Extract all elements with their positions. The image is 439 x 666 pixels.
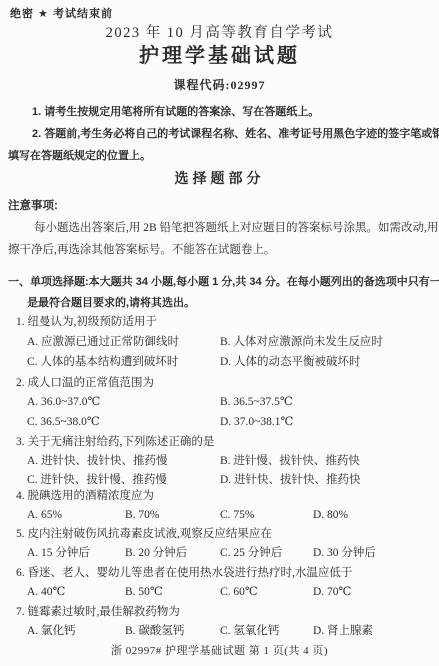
instruction-line-3: 填写在答题纸规定的位置上。	[8, 150, 151, 163]
paper-title: 护理学基础试题	[0, 45, 439, 68]
exam-title: 2023 年 10 月高等教育自学考试	[0, 25, 439, 42]
option: B. 70%	[125, 509, 160, 522]
option: C. 36.5~38.0℃	[27, 416, 100, 429]
option: B. 50℃	[125, 586, 163, 599]
option: C. 人体的基本结构遭到破坏时	[27, 356, 178, 369]
option: B. 36.5~37.5℃	[220, 396, 293, 409]
option: D. 肾上腺素	[313, 625, 373, 638]
option: A. 65%	[27, 509, 62, 522]
option: A. 应激源已通过正常防御线时	[27, 336, 179, 349]
question-1-stem: 1. 纽曼认为,初级预防适用于	[16, 316, 157, 329]
option: A. 40℃	[27, 586, 65, 599]
option: B. 人体对应激源尚未发生反应时	[220, 336, 383, 349]
option: D. 70℃	[313, 586, 351, 599]
question-4-options-row: A. 65% B. 70% C. 75% D. 80%	[0, 509, 439, 523]
part-heading-line-1: 一、单项选择题:本大题共 34 小题,每小题 1 分,共 34 分。在每小题列出…	[8, 276, 439, 289]
course-code: 课程代码:02997	[0, 79, 439, 93]
option: C. 75%	[220, 509, 255, 522]
exam-paper-page: 绝密 ★ 考试结束前 2023 年 10 月高等教育自学考试 护理学基础试题 课…	[0, 0, 439, 666]
note-line-1: 每小题选出答案后,用 2B 铅笔把答题纸上对应题目的答案标号涂黑。如需改动,用橡…	[34, 222, 439, 235]
option: D. 37.0~38.1℃	[220, 416, 293, 429]
question-1-options-row-1: A. 应激源已通过正常防御线时 B. 人体对应激源尚未发生反应时	[0, 336, 439, 350]
question-2-options-row-2: C. 36.5~38.0℃ D. 37.0~38.1℃	[0, 416, 439, 430]
question-3-options-row-1: A. 进针快、拔针快、推药慢 B. 进针慢、拔针快、推药快	[0, 455, 439, 469]
classification-banner: 绝密 ★ 考试结束前	[10, 8, 113, 21]
option: D. 进针快、拔针快、推药快	[220, 474, 361, 487]
instruction-line-1: 1. 请考生按规定用笔将所有试题的答案涂、写在答题纸上。	[32, 106, 319, 119]
option: C. 氢氧化钙	[220, 625, 279, 638]
option: A. 15 分钟后	[27, 547, 90, 560]
option: A. 36.0~37.0℃	[27, 396, 100, 409]
option: C. 进针快、拔针慢、推药慢	[27, 474, 167, 487]
question-6-stem: 6. 昏迷、老人、婴幼儿等患者在使用热水袋进行热疗时,水温应低于	[16, 567, 352, 580]
note-line-2: 擦干净后,再选涂其他答案标号。不能答在试题卷上。	[8, 244, 275, 257]
part-heading-line-2: 是最符合题目要求的,请将其选出。	[27, 297, 195, 310]
question-3-stem: 3. 关于无痛注射给药,下列陈述正确的是	[16, 436, 214, 449]
question-1-options-row-2: C. 人体的基本结构遭到破坏时 D. 人体的动态平衡被破坏时	[0, 356, 439, 370]
page-footer: 浙 02997# 护理学基础试题 第 1 页(共 4 页)	[0, 645, 439, 658]
question-5-options-row: A. 15 分钟后 B. 20 分钟后 C. 25 分钟后 D. 30 分钟后	[0, 547, 439, 561]
question-7-stem: 7. 链霉素过敏时,最佳解救药物为	[16, 606, 180, 619]
question-6-options-row: A. 40℃ B. 50℃ C. 60℃ D. 70℃	[0, 586, 439, 600]
option: B. 20 分钟后	[125, 547, 187, 560]
option: B. 碳酸氢钙	[125, 625, 184, 638]
question-7-options-row: A. 氯化钙 B. 碳酸氢钙 C. 氢氧化钙 D. 肾上腺素	[0, 625, 439, 639]
question-3-options-row-2: C. 进针快、拔针慢、推药慢 D. 进针快、拔针快、推药快	[0, 474, 439, 488]
option: A. 进针快、拔针快、推药慢	[27, 455, 168, 468]
question-2-stem: 2. 成人口温的正常值范围为	[16, 377, 154, 390]
question-5-stem: 5. 皮内注射破伤风抗毒素皮试液,观察反应结果应在	[16, 528, 272, 541]
option: A. 氯化钙	[27, 625, 76, 638]
section-title: 选择题部分	[0, 170, 439, 186]
option: D. 人体的动态平衡被破坏时	[220, 356, 361, 369]
option: B. 进针慢、拔针快、推药快	[220, 455, 360, 468]
instruction-line-2: 2. 答题前,考生务必将自己的考试课程名称、姓名、准考证号用黑色字迹的签字笔或钢…	[32, 128, 439, 141]
question-2-options-row-1: A. 36.0~37.0℃ B. 36.5~37.5℃	[0, 396, 439, 410]
option: D. 30 分钟后	[313, 547, 376, 560]
option: C. 25 分钟后	[220, 547, 282, 560]
question-4-stem: 4. 脱碘选用的酒精浓度应为	[16, 490, 154, 503]
option: D. 80%	[313, 509, 348, 522]
notes-heading: 注意事项:	[8, 200, 58, 213]
option: C. 60℃	[220, 586, 258, 599]
